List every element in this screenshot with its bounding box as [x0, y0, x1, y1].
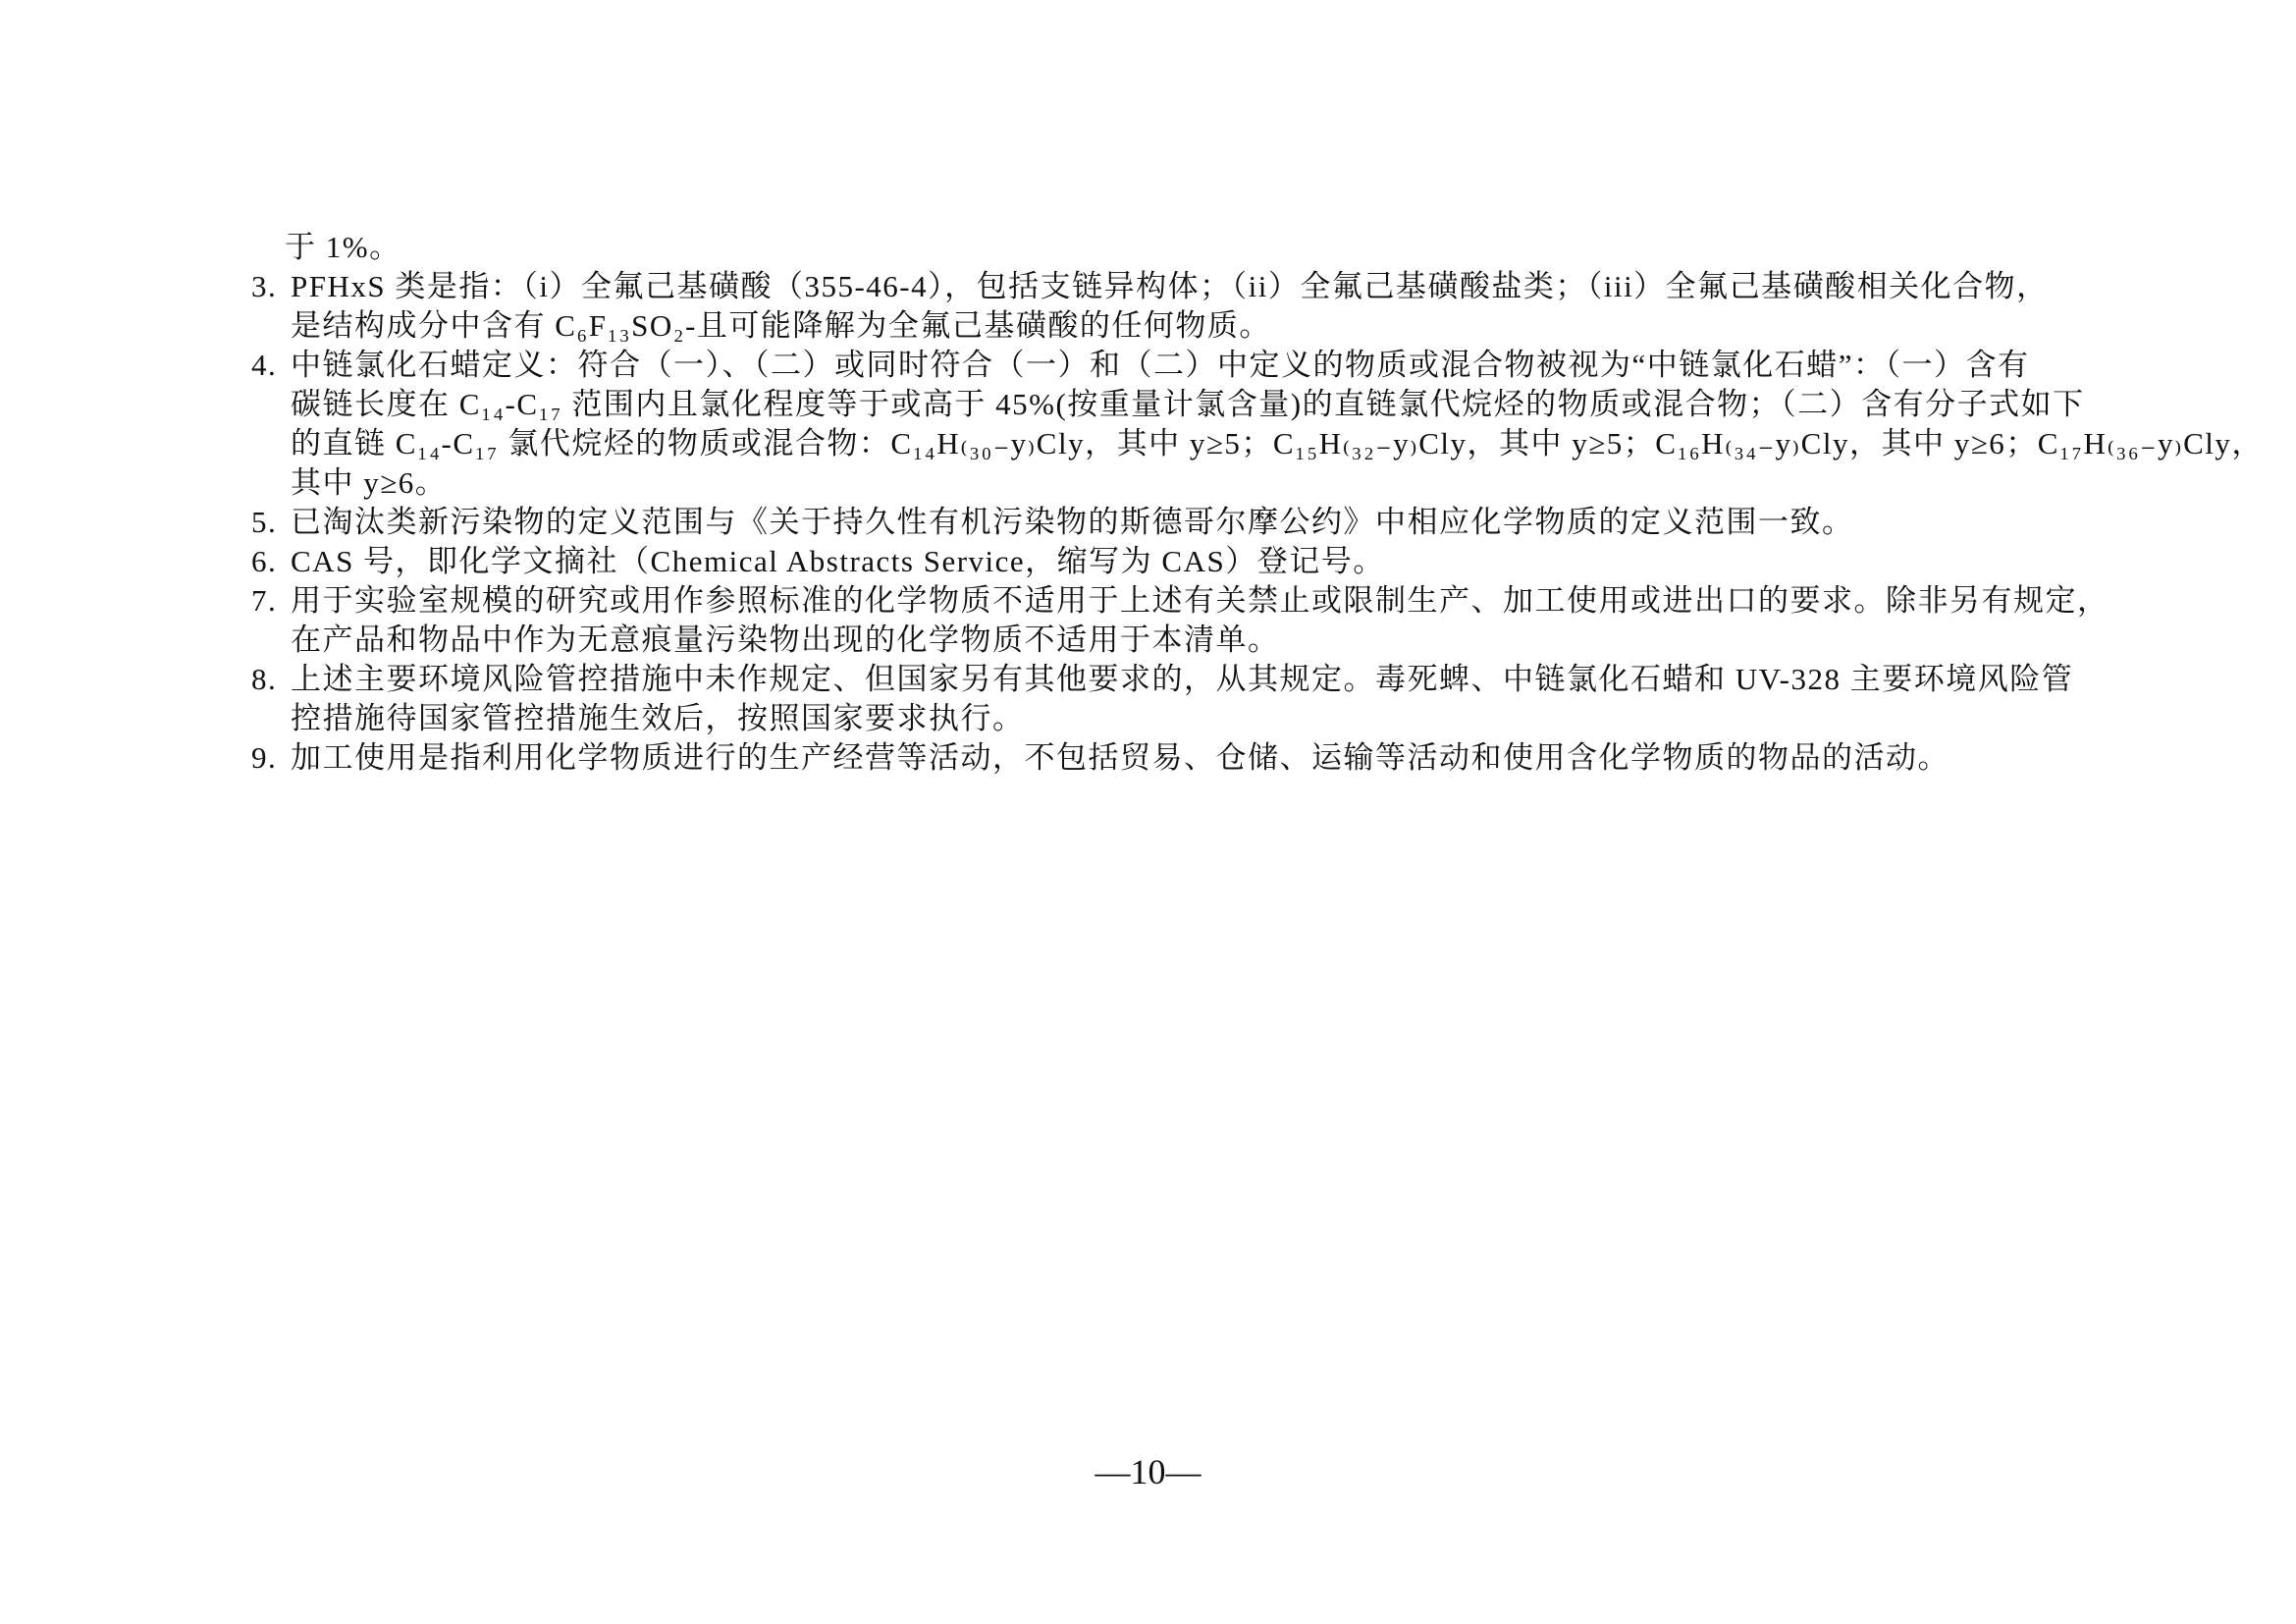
note-text-line: 的直链 C₁₄-C₁₇ 氯代烷烃的物质或混合物：C₁₄H₍₃₀₋y₎Cly，其中… — [251, 424, 2097, 463]
note-text-line: CAS 号，即化学文摘社（Chemical Abstracts Service，… — [291, 544, 1385, 578]
note-text-line: 上述主要环境风险管控措施中未作规定、但国家另有其他要求的，从其规定。毒死蜱、中链… — [291, 662, 2073, 696]
note-text-line: 加工使用是指利用化学物质进行的生产经营等活动，不包括贸易、仓储、运输等活动和使用… — [291, 740, 1949, 775]
note-4: 4.中链氯化石蜡定义：符合（一）、（二）或同时符合（一）和（二）中定义的物质或混… — [251, 346, 2097, 503]
page-number: —10— — [0, 1451, 2296, 1492]
document-page: 于 1%。 3.PFHxS 类是指：（i）全氟己基磺酸（355-46-4），包括… — [0, 0, 2296, 1624]
note-number: 8. — [251, 660, 291, 699]
note-text-line: 其中 y≥6。 — [251, 463, 2097, 503]
note-9: 9.加工使用是指利用化学物质进行的生产经营等活动，不包括贸易、仓储、运输等活动和… — [251, 738, 2097, 778]
note-5: 5.已淘汰类新污染物的定义范围与《关于持久性有机污染物的斯德哥尔摩公约》中相应化… — [251, 503, 2097, 542]
note-text-line: PFHxS 类是指：（i）全氟己基磺酸（355-46-4），包括支链异构体；（i… — [291, 269, 2049, 303]
note-number: 5. — [251, 503, 291, 542]
note-6: 6.CAS 号，即化学文摘社（Chemical Abstracts Servic… — [251, 542, 2097, 581]
note-3: 3.PFHxS 类是指：（i）全氟己基磺酸（355-46-4），包括支链异构体；… — [251, 267, 2097, 346]
note-text-line: 碳链长度在 C₁₄-C₁₇ 范围内且氯化程度等于或高于 45%(按重量计氯含量)… — [251, 385, 2097, 424]
note-number: 4. — [251, 346, 291, 385]
note-text-line: 已淘汰类新污染物的定义范围与《关于持久性有机污染物的斯德哥尔摩公约》中相应化学物… — [291, 505, 1854, 539]
note-2-continuation: 于 1%。 — [251, 228, 2097, 267]
note-text-line: 用于实验室规模的研究或用作参照标准的化学物质不适用于上述有关禁止或限制生产、加工… — [291, 583, 2109, 618]
note-number: 9. — [251, 738, 291, 778]
note-text-line: 是结构成分中含有 C₆F₁₃SO₂-且可能降解为全氟己基磺酸的任何物质。 — [251, 306, 2097, 346]
note-text-line: 在产品和物品中作为无意痕量污染物出现的化学物质不适用于本清单。 — [251, 621, 2097, 660]
note-number: 6. — [251, 542, 291, 581]
note-text-line: 中链氯化石蜡定义：符合（一）、（二）或同时符合（一）和（二）中定义的物质或混合物… — [291, 348, 2030, 382]
notes-list: 于 1%。 3.PFHxS 类是指：（i）全氟己基磺酸（355-46-4），包括… — [251, 228, 2097, 778]
note-text-line: 控措施待国家管控措施生效后，按照国家要求执行。 — [251, 699, 2097, 738]
note-number: 7. — [251, 581, 291, 621]
note-number: 3. — [251, 267, 291, 306]
note-8: 8.上述主要环境风险管控措施中未作规定、但国家另有其他要求的，从其规定。毒死蜱、… — [251, 660, 2097, 738]
note-7: 7.用于实验室规模的研究或用作参照标准的化学物质不适用于上述有关禁止或限制生产、… — [251, 581, 2097, 660]
